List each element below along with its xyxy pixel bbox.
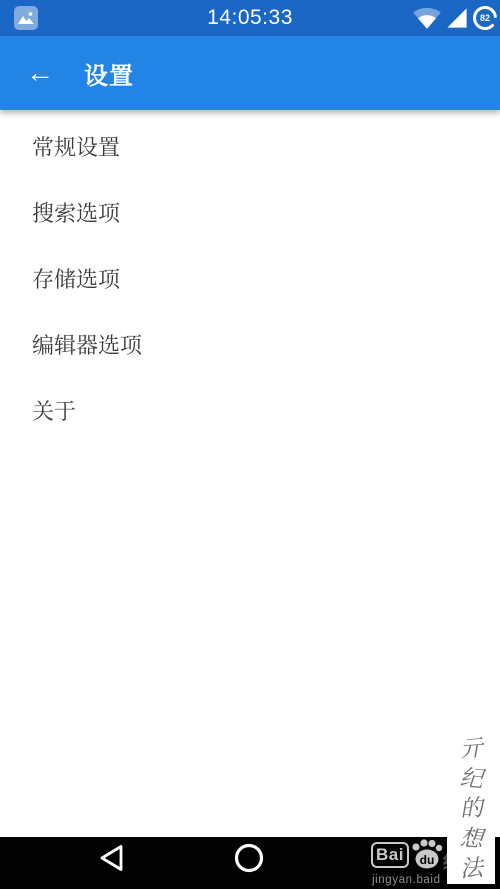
settings-item-editor[interactable]: 编辑器选项	[0, 311, 500, 377]
back-arrow-icon[interactable]: ←	[26, 59, 60, 87]
baidu-url-text: jingyan.baid	[372, 874, 441, 886]
wifi-icon	[412, 6, 442, 30]
author-watermark-char: 亓	[458, 733, 483, 765]
author-watermark-strip: 亓 纪 的 想 法	[447, 733, 495, 884]
settings-item-label: 存储选项	[32, 263, 120, 294]
phone-screen: 14:05:33 82 ← 设置 常规设置 搜索选项 存储选项	[0, 0, 500, 889]
settings-item-label: 关于	[32, 395, 76, 426]
nav-back-icon[interactable]	[97, 843, 125, 873]
settings-item-general[interactable]: 常规设置	[0, 113, 500, 179]
author-watermark-char: 法	[458, 853, 483, 885]
baidu-logo-text: Bai	[371, 842, 409, 868]
settings-item-label: 常规设置	[32, 131, 120, 162]
app-bar: ← 设置	[0, 36, 500, 110]
baidu-paw-icon: du	[407, 838, 447, 872]
settings-item-label: 编辑器选项	[32, 329, 142, 360]
settings-item-label: 搜索选项	[32, 197, 120, 228]
battery-circle-icon: 82	[472, 5, 498, 31]
author-watermark-char: 纪	[458, 763, 484, 795]
author-watermark-char: 的	[458, 793, 483, 825]
status-bar: 14:05:33 82	[0, 0, 500, 36]
settings-item-search[interactable]: 搜索选项	[0, 179, 500, 245]
navigation-bar: Bai du 经验 jingyan.baid	[0, 837, 500, 889]
cellular-signal-icon	[445, 6, 469, 30]
baidu-paw-text: du	[420, 853, 435, 867]
author-watermark-char: 想	[458, 823, 484, 855]
page-title: 设置	[84, 56, 134, 91]
settings-item-storage[interactable]: 存储选项	[0, 245, 500, 311]
settings-list: 常规设置 搜索选项 存储选项 编辑器选项 关于	[0, 110, 500, 443]
nav-home-icon[interactable]	[232, 841, 266, 875]
battery-percent-text: 82	[480, 13, 490, 23]
settings-item-about[interactable]: 关于	[0, 377, 500, 443]
